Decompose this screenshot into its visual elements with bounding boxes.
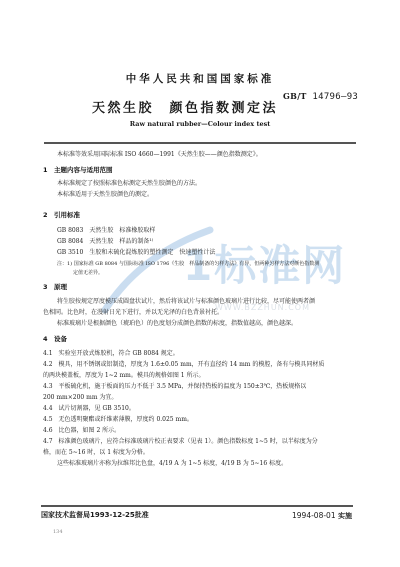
reference-item: GB 3510 生胶和未硫化混炼胶的塑性测定 快速塑性计法: [57, 249, 215, 257]
section-3-line-3: 标准玻璃片是根据颜色（琥珀色）的色度划分成颜色指数的标度，指数值越高，颜色越深。: [57, 320, 297, 328]
clause-4-7: 4.7 标准颜色玻璃片，应符合标准玻璃片校正表要求（见表 1）。颜色指数标度 1…: [43, 438, 318, 446]
clause-4-7-note: 这些标准玻璃片亦称为拉维邦比色盘，4/19 A 为 1~5 标度，4/19 B …: [57, 460, 287, 468]
footnote-line-1: 注：1) 国家标准 GB 8084 与国际标准 ISO 1796《生胶 样品制备…: [57, 260, 319, 268]
footer-divider: [41, 505, 353, 507]
footnote-line-2: 定值无差异。: [73, 269, 103, 277]
issuing-country-heading: 中华人民共和国国家标准: [0, 71, 400, 86]
clause-4-1: 4.1 实验室开放式炼胶机，符合 GB 8084 规定。: [43, 350, 179, 358]
section-1-line-2: 本标准适用于天然生胶颜色的测定。: [57, 191, 153, 199]
effective-date: 1994-08-01: [292, 511, 336, 520]
clause-4-5: 4.5 无色透明聚酯或纤维素薄膜，厚度约 0.025 mm。: [43, 416, 193, 424]
section-3-line-2: 色相同。比色时，在漫射日光下进行，并以无光泽的白色背景衬托。: [43, 309, 223, 317]
effective-label: 实施: [338, 512, 352, 520]
clause-4-4: 4.4 试片切割器，见 GB 3510。: [43, 405, 135, 413]
section-1-heading: 1 主题内容与适用范围: [43, 165, 113, 174]
approval-statement: 国家技术监督局1993-12-25批准: [41, 510, 149, 520]
reference-item: GB 8084 天然生胶 样品的制备¹⁾: [57, 238, 153, 246]
standard-prefix: GB/T: [283, 91, 307, 101]
clause-4-7-cont: 格，而在 5~16 时，以 1 标度为分格。: [43, 449, 149, 457]
standard-number: 14796—93: [312, 92, 358, 102]
section-1-line-1: 本标准规定了按照标准色标测定天然生胶颜色的方法。: [57, 180, 201, 188]
preface-text: 本标准等效采用国际标准 ISO 4660—1991《天然生胶——颜色指数测定》。: [57, 151, 262, 159]
page-number: 134: [53, 529, 63, 535]
clause-4-3-cont: 200 mm×200 mm 为宜。: [43, 394, 117, 402]
document-title-cn: 天然生胶 颜色指数测定法: [92, 97, 278, 116]
clause-4-6: 4.6 比色器，如图 2 所示。: [43, 427, 120, 435]
header-divider: [44, 142, 356, 144]
clause-4-2: 4.2 模具，用不锈钢或铝制造，厚度为 1.6±0.05 mm，开有直径约 14…: [43, 361, 324, 369]
section-3-heading: 3 原理: [43, 282, 67, 291]
effective-date-statement: 1994-08-01 实施: [292, 511, 352, 521]
clause-4-2-cont: 的两块模盖板，厚度为 1~2 mm。模具的规格如图 1 所示。: [43, 372, 205, 380]
section-3-line-1: 将生胶按规定厚度模压成圆盘状试片，然后将该试片与标准颜色玻璃片进行比较，尽可能使…: [57, 298, 315, 306]
section-2-heading: 2 引用标准: [43, 210, 80, 219]
document-title-en: Raw natural rubber—Colour index test: [0, 120, 400, 128]
clause-4-3: 4.3 平板硫化机，施于板面的压力不低于 3.5 MPa，并保持热板的温度为 1…: [43, 383, 306, 391]
standard-code: GB/T 14796—93: [283, 91, 358, 102]
reference-item: GB 8083 天然生胶 标准橡胶取样: [57, 227, 155, 235]
section-4-heading: 4 设备: [43, 334, 67, 343]
